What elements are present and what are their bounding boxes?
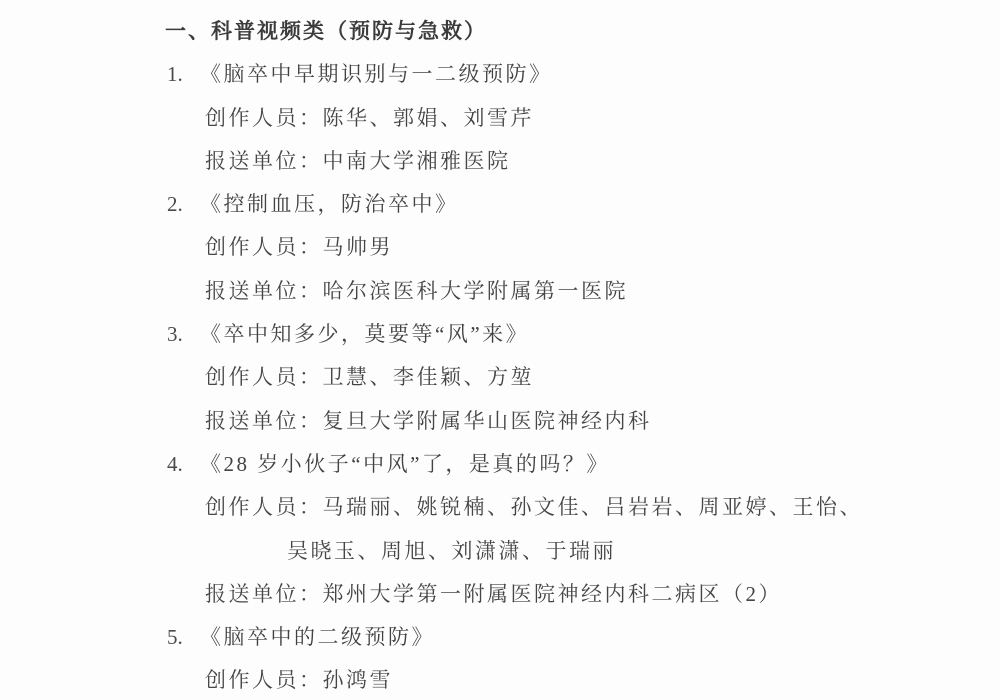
- entry-title: 《脑卒中早期识别与一二级预防》: [200, 62, 553, 86]
- creators-names: 孙鸿雪: [323, 668, 394, 692]
- creators-continuation: 吴晓玉、周旭、刘潇潇、于瑞丽: [287, 530, 1000, 573]
- entry-number: 1.: [167, 53, 189, 96]
- entry: 1.《脑卒中早期识别与一二级预防》 创作人员：陈华、郭娟、刘雪芹 报送单位：中南…: [0, 53, 1000, 183]
- entry-number: 4.: [167, 443, 189, 486]
- creators-label: 创作人员：: [205, 495, 323, 519]
- section-heading: 一、科普视频类（预防与急救）: [165, 10, 1000, 53]
- unit-label: 报送单位：: [205, 149, 323, 173]
- entry: 3.《卒中知多少，莫要等“风”来》 创作人员：卫慧、李佳颖、方堃 报送单位：复旦…: [0, 313, 1000, 443]
- entry: 5.《脑卒中的二级预防》 创作人员：孙鸿雪: [0, 616, 1000, 700]
- entry-title: 《28 岁小伙子“中风”了，是真的吗？》: [200, 452, 610, 476]
- unit-label: 报送单位：: [205, 409, 323, 433]
- unit-name: 郑州大学第一附属医院神经内科二病区（2）: [323, 582, 783, 606]
- creators-label: 创作人员：: [205, 365, 323, 389]
- creators-names: 马瑞丽、姚锐楠、孙文佳、吕岩岩、周亚婷、王怡、: [323, 495, 864, 519]
- unit-name: 中南大学湘雅医院: [323, 149, 511, 173]
- document-page: 一、科普视频类（预防与急救） 1.《脑卒中早期识别与一二级预防》 创作人员：陈华…: [0, 0, 1000, 700]
- entry: 4.《28 岁小伙子“中风”了，是真的吗？》 创作人员：马瑞丽、姚锐楠、孙文佳、…: [0, 443, 1000, 616]
- creators-names: 卫慧、李佳颖、方堃: [323, 365, 535, 389]
- entry-number: 5.: [167, 616, 189, 659]
- entry-title: 《脑卒中的二级预防》: [200, 625, 435, 649]
- entry-number: 2.: [167, 183, 189, 226]
- unit-name: 复旦大学附属华山医院神经内科: [323, 409, 652, 433]
- entry-title: 《卒中知多少，莫要等“风”来》: [200, 322, 529, 346]
- creators-label: 创作人员：: [205, 668, 323, 692]
- creators-names: 马帅男: [323, 235, 394, 259]
- unit-name: 哈尔滨医科大学附属第一医院: [323, 279, 629, 303]
- creators-names: 陈华、郭娟、刘雪芹: [323, 106, 535, 130]
- entry: 2.《控制血压，防治卒中》 创作人员：马帅男 报送单位：哈尔滨医科大学附属第一医…: [0, 183, 1000, 313]
- creators-label: 创作人员：: [205, 106, 323, 130]
- entry-title: 《控制血压，防治卒中》: [200, 192, 459, 216]
- unit-label: 报送单位：: [205, 279, 323, 303]
- creators-label: 创作人员：: [205, 235, 323, 259]
- entry-number: 3.: [167, 313, 189, 356]
- unit-label: 报送单位：: [205, 582, 323, 606]
